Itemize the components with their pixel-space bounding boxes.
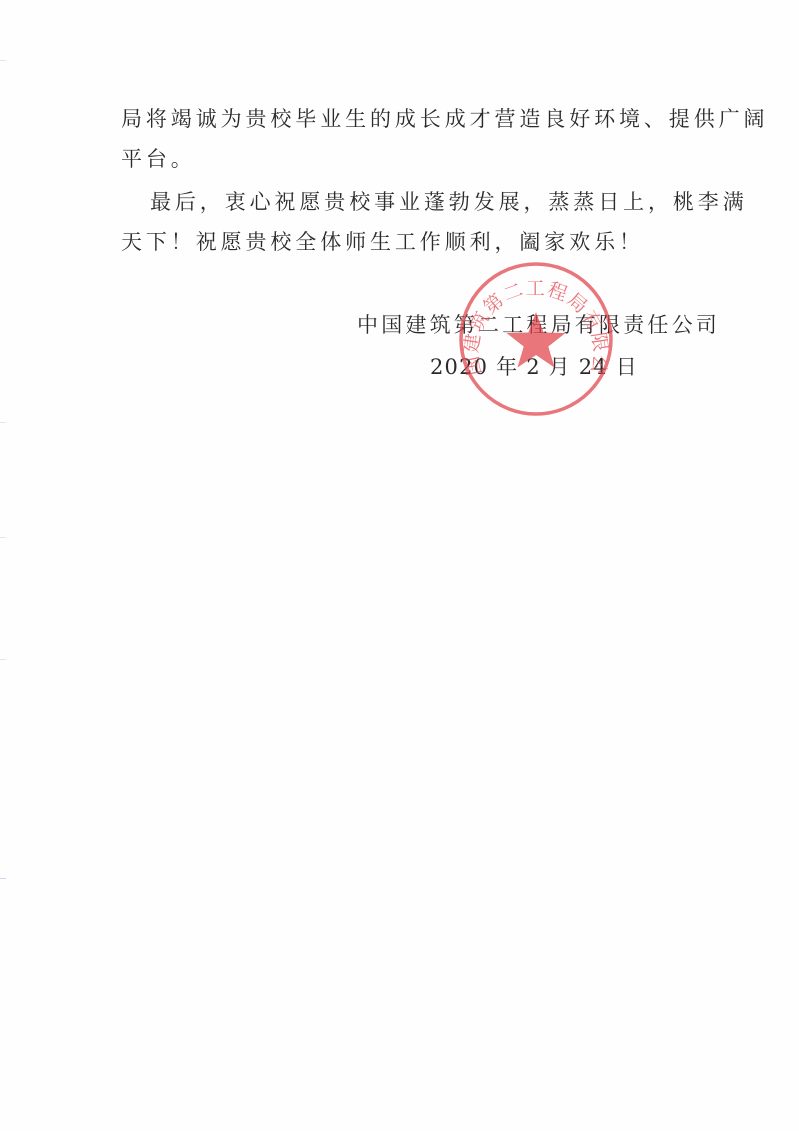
scan-mark xyxy=(0,878,6,879)
signature-date: 2020 年 2 月 24 日 xyxy=(430,354,638,380)
signature-organization: 中国建筑第二工程局有限责任公司 xyxy=(357,312,720,338)
body-line-1: 局将竭诚为贵校毕业生的成长成才营造良好环境、提供广阔 xyxy=(121,106,768,132)
body-line-2: 平台。 xyxy=(121,146,196,172)
scan-mark xyxy=(0,537,6,538)
company-seal: 中国建筑第二工程局有限公司 xyxy=(456,260,616,420)
scan-mark xyxy=(0,659,6,660)
document-page: 局将竭诚为贵校毕业生的成长成才营造良好环境、提供广阔 平台。 最后，衷心祝愿贵校… xyxy=(0,0,799,1131)
seal-ring xyxy=(461,264,611,414)
scan-mark xyxy=(0,422,6,423)
body-line-3: 最后，衷心祝愿贵校事业蓬勃发展，蒸蒸日上，桃李满 xyxy=(150,189,748,215)
scan-mark xyxy=(0,60,6,61)
body-line-4: 天下！祝愿贵校全体师生工作顺利，阖家欢乐！ xyxy=(121,229,644,255)
